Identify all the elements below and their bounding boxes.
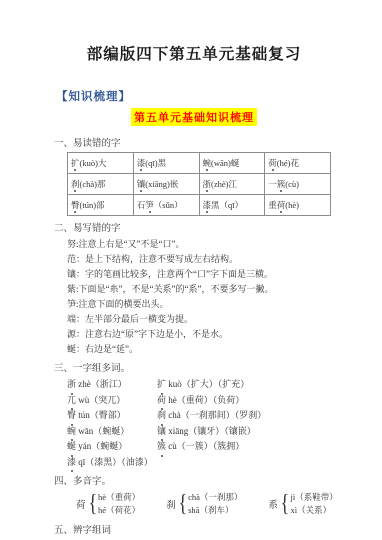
word-entry: 镶 xiāng（镶牙）（镶嵌） — [157, 424, 256, 440]
pinyin-cell: 漆黑（qī） — [199, 195, 265, 216]
table-row: 刹(chà)那镶(xiāng)嵌浙(zhè)江一簇(cù) — [68, 174, 331, 195]
cell-post-text: (chà)那 — [80, 179, 106, 189]
readings-column: hè（重荷）hé（荷花） — [98, 492, 140, 516]
writing-note-line: 端：左半部分最后一横变为提。 — [67, 312, 334, 327]
brace-icon: { — [280, 492, 289, 516]
writing-note-line: 蜒：右边是“延”。 — [67, 342, 334, 357]
emphasized-character: 镶 — [157, 424, 166, 440]
pinyin-cell: 漆(qī)黑 — [133, 153, 199, 174]
word-entry: 臀 tún（臀部） — [67, 408, 157, 424]
readings-column: jì（系鞋带）xì（关系） — [290, 492, 337, 516]
cell-post-text: (hé)花 — [277, 158, 299, 168]
reading-item: hé（荷花） — [98, 505, 140, 516]
word-formation-list: 浙 zhè（浙江）扩 kuò（扩大）（扩充）兀 wù（突兀）荷 hè（重荷）（负… — [67, 377, 334, 470]
pinyin-cell: 浙(zhè)江 — [199, 174, 265, 195]
emphasized-character: 笋 — [145, 199, 154, 211]
cell-post-text: （sǔn） — [154, 200, 183, 210]
table-row: 臀(tún)部石笋（sǔn）漆黑（qī）重荷(hè) — [68, 195, 331, 216]
polyphone-group: 刹{chà（一刹那）shā（刹车） — [166, 492, 242, 516]
word-formation-line: 蜒 yán（蜿蜒）簇 cù（一簇）（簇拥） — [67, 439, 334, 455]
readings-column: chà（一刹那）shā（刹车） — [188, 492, 242, 516]
writing-note-line: 源：注意右边“原”字下边是小，不是水。 — [67, 327, 334, 342]
word-entry: 蜿 wān（蜿蜒） — [67, 424, 157, 440]
emphasized-character: 浙 — [203, 178, 212, 190]
pinyin-cell: 重荷(hè) — [265, 195, 331, 216]
polyphone-character: 系 — [268, 497, 278, 511]
word-formation-line: 漆 qī（漆黑）（油漆） — [67, 455, 334, 471]
reading-item: chà（一刹那） — [188, 492, 242, 503]
cell-post-text: (cù) — [285, 179, 299, 189]
cell-pre-text: 一 — [268, 179, 277, 189]
entry-text: wù（突兀） — [76, 395, 125, 405]
emphasized-character: 刹 — [71, 178, 80, 190]
unit-knowledge-header: 第五单元基础知识梳理 — [131, 108, 257, 126]
cell-pre-text: 石 — [137, 200, 146, 210]
knowledge-outline-label: 【知识梳理】 — [56, 88, 334, 104]
entry-text: wān（蜿蜒） — [76, 426, 129, 436]
word-entry: 兀 wù（突兀） — [67, 393, 157, 409]
entry-text: xiāng（镶牙）（镶嵌） — [166, 426, 256, 436]
polyphone-character: 刹 — [166, 497, 176, 511]
highlight-header-row: 第五单元基础知识梳理 — [54, 108, 334, 126]
document-title: 部编版四下第五单元基础复习 — [54, 42, 334, 64]
emphasized-character: 臀 — [67, 408, 76, 424]
emphasized-character: 漆 — [203, 199, 212, 211]
entry-text: cù（一簇）（簇拥） — [166, 441, 244, 451]
writing-note-line: 努:注意上右是“又”不是“口”。 — [67, 237, 334, 252]
word-formation-line: 浙 zhè（浙江）扩 kuò（扩大）（扩充） — [67, 377, 334, 393]
entry-text: kuò（扩大）（扩充） — [166, 379, 249, 389]
entry-text: zhè（浙江） — [76, 379, 127, 389]
emphasized-character: 蜿 — [203, 157, 212, 169]
emphasized-character: 浙 — [67, 377, 76, 393]
section-2-heading: 二、易写错的字 — [54, 220, 334, 234]
emphasized-character: 漆 — [67, 455, 76, 471]
cell-post-text: (kuò)大 — [80, 158, 107, 168]
entry-text: tún（臀部） — [76, 410, 126, 420]
polyphone-group: 系{jì（系鞋带）xì（关系） — [268, 492, 337, 516]
writing-note-line: 范：是上下结构，注意不要写成左右结构。 — [67, 252, 334, 267]
emphasized-character: 镶 — [137, 178, 146, 190]
polyphone-group: 荷{hè（重荷）hé（荷花） — [76, 492, 140, 516]
word-entry: 荷 hè（重荷）（负荷） — [157, 393, 244, 409]
emphasized-character: 荷 — [277, 199, 286, 211]
word-entry: 漆 qī（漆黑）（油漆） — [67, 455, 153, 471]
word-formation-line: 臀 tún（臀部）刹 chà（一刹那间）（罗刹） — [67, 408, 334, 424]
pinyin-cell: 一簇(cù) — [265, 174, 331, 195]
emphasized-character: 漆 — [137, 157, 146, 169]
section-1-heading: 一、易读错的字 — [54, 135, 334, 149]
pinyin-cell: 蜿(wān)蜒 — [199, 153, 265, 174]
cell-post-text: (hè) — [285, 200, 299, 210]
word-entry: 扩 kuò（扩大）（扩充） — [157, 377, 249, 393]
reading-item: hè（重荷） — [98, 492, 140, 503]
entry-text: chà（一刹那间）（罗刹） — [166, 410, 266, 420]
entry-text: qī（漆黑）（油漆） — [76, 457, 153, 467]
emphasized-character: 蜒 — [67, 439, 76, 455]
brace-icon: { — [178, 492, 187, 516]
cell-post-text: (zhè)江 — [211, 179, 237, 189]
document-page: 部编版四下第五单元基础复习 【知识梳理】 第五单元基础知识梳理 一、易读错的字 … — [0, 0, 382, 540]
emphasized-character: 簇 — [277, 178, 286, 190]
cell-pre-text: 重 — [268, 200, 277, 210]
emphasized-character: 刹 — [157, 408, 166, 424]
cell-post-text: (wān)蜒 — [211, 158, 239, 168]
writing-note-line: 笋:注意下面的横要出头。 — [67, 297, 334, 312]
emphasized-character: 荷 — [157, 393, 166, 409]
pinyin-cell: 扩(kuò)大 — [68, 153, 134, 174]
cell-post-text: (qī)黑 — [145, 158, 166, 168]
emphasized-character: 簇 — [157, 439, 166, 455]
emphasized-character: 荷 — [268, 157, 277, 169]
emphasized-character: 扩 — [157, 377, 166, 393]
emphasized-character: 臀 — [71, 199, 80, 211]
polyphone-groups: 荷{hè（重荷）hé（荷花）刹{chà（一刹那）shā（刹车）系{jì（系鞋带）… — [76, 492, 334, 516]
miswritten-characters-notes: 努:注意上右是“又”不是“口”。范：是上下结构，注意不要写成左右结构。镶：字的笔… — [67, 237, 334, 357]
polyphone-character: 荷 — [76, 497, 86, 511]
word-entry: 刹 chà（一刹那间）（罗刹） — [157, 408, 266, 424]
word-entry: 蜒 yán（蜿蜒） — [67, 439, 157, 455]
writing-note-line: 紫:下面是“糸”，不是“关系”的“系”，不要多写一撇。 — [67, 282, 334, 297]
word-formation-line: 兀 wù（突兀）荷 hè（重荷）（负荷） — [67, 393, 334, 409]
reading-item: shā（刹车） — [188, 505, 242, 516]
word-formation-line: 蜿 wān（蜿蜒）镶 xiāng（镶牙）（镶嵌） — [67, 424, 334, 440]
misread-characters-table: 扩(kuò)大漆(qī)黑蜿(wān)蜒荷(hé)花刹(chà)那镶(xiāng… — [67, 152, 331, 216]
pinyin-cell: 石笋（sǔn） — [133, 195, 199, 216]
pinyin-cell: 刹(chà)那 — [68, 174, 134, 195]
entry-text: yán（蜿蜒） — [76, 441, 127, 451]
emphasized-character: 兀 — [67, 393, 76, 409]
writing-note-line: 镶：字的笔画比较多，注意两个“口”字下面是三横。 — [67, 267, 334, 282]
pinyin-cell: 臀(tún)部 — [68, 195, 134, 216]
cell-post-text: (tún)部 — [80, 200, 105, 210]
word-entry: 浙 zhè（浙江） — [67, 377, 157, 393]
pinyin-cell: 镶(xiāng)嵌 — [133, 174, 199, 195]
reading-item: jì（系鞋带） — [290, 492, 337, 503]
entry-text: hè（重荷）（负荷） — [166, 395, 244, 405]
word-entry: 簇 cù（一簇）（簇拥） — [157, 439, 244, 455]
table-row: 扩(kuò)大漆(qī)黑蜿(wān)蜒荷(hé)花 — [68, 153, 331, 174]
section-4-heading: 四、多音字。 — [54, 473, 334, 487]
emphasized-character: 蜿 — [67, 424, 76, 440]
reading-item: xì（关系） — [290, 505, 337, 516]
cell-post-text: (xiāng)嵌 — [145, 179, 178, 189]
pinyin-cell: 荷(hé)花 — [265, 153, 331, 174]
emphasized-character: 扩 — [71, 157, 80, 169]
brace-icon: { — [88, 492, 97, 516]
cell-post-text: 黑（qī） — [211, 200, 243, 210]
section-3-heading: 三、一字组多词。 — [54, 360, 334, 374]
section-5-heading: 五、辨字组词 — [54, 522, 334, 536]
